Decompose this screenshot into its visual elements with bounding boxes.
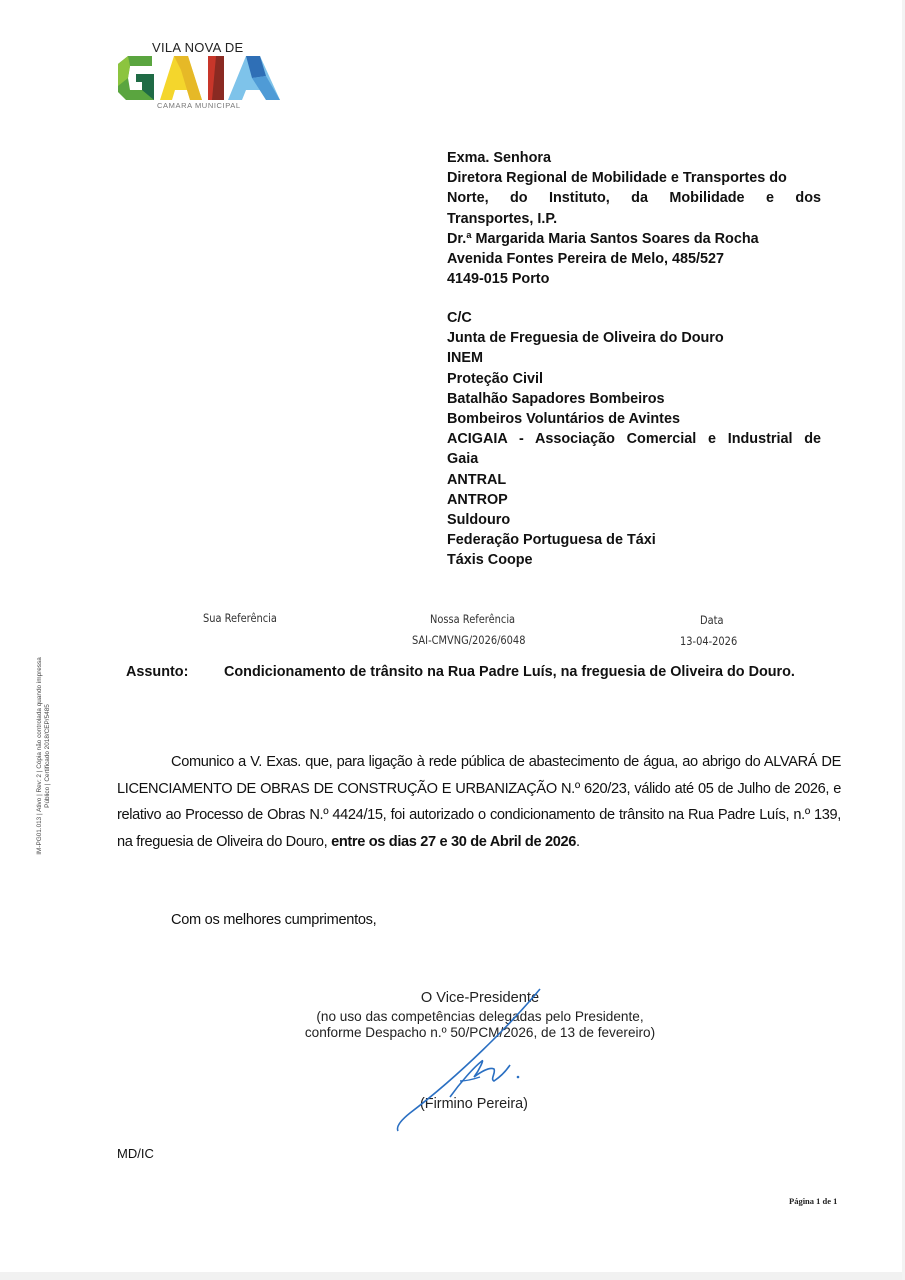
addressee-salutation: Exma. Senhora — [447, 148, 821, 168]
body-paragraph: Comunico a V. Exas. que, para ligação à … — [117, 749, 841, 855]
cc-recipient: Bombeiros Voluntários de Avintes — [447, 409, 821, 429]
addressee-line: Transportes, I.P. — [447, 209, 821, 229]
page-number: Página 1 de 1 — [789, 1196, 837, 1206]
cc-block: C/C Junta de Freguesia de Oliveira do Do… — [447, 308, 821, 571]
data-value: 13-04-2026 — [680, 635, 737, 648]
author-initials: MD/IC — [117, 1146, 154, 1161]
addressee-line: Diretora Regional de Mobilidade e Transp… — [447, 168, 821, 188]
body-text-dates: entre os dias 27 e 30 de Abril de 2026 — [331, 834, 576, 850]
addressee-name: Dr.ª Margarida Maria Santos Soares da Ro… — [447, 229, 821, 249]
scan-bottom-edge — [0, 1272, 905, 1280]
sua-referencia-label: Sua Referência — [203, 612, 277, 625]
cc-recipient: Federação Portuguesa de Táxi — [447, 530, 821, 550]
cc-recipient: Táxis Coope — [447, 550, 821, 570]
document-control-line-1: IM-PG01.013 | Ativo | Rev: 2 | Cópia não… — [36, 636, 44, 876]
cc-recipient: Gaia — [447, 449, 821, 469]
subject-label: Assunto: — [126, 664, 188, 680]
nossa-referencia-value: SAI-CMVNG/2026/6048 — [412, 634, 525, 647]
document-control-line-2: Público | Certificado 2018/CEP/5485 — [44, 636, 52, 876]
letter-page: VILA NOVA DE CAMARA MUNICIPAL Exma. Senh… — [0, 0, 905, 1280]
document-control-note: IM-PG01.013 | Ativo | Rev: 2 | Cópia não… — [36, 636, 53, 876]
cc-recipient: Suldouro — [447, 510, 821, 530]
vila-nova-de-gaia-logo: VILA NOVA DE CAMARA MUNICIPAL — [116, 40, 286, 115]
handwritten-signature-icon — [390, 985, 550, 1135]
gaia-logo-mark-icon — [116, 56, 282, 100]
cc-recipient: ANTRAL — [447, 470, 821, 490]
cc-label: C/C — [447, 308, 821, 328]
addressee-postal: 4149-015 Porto — [447, 269, 821, 289]
cc-recipient: Batalhão Sapadores Bombeiros — [447, 389, 821, 409]
cc-recipient: ANTROP — [447, 490, 821, 510]
body-text-end: . — [576, 834, 580, 850]
cc-recipient: ACIGAIA - Associação Comercial e Industr… — [447, 429, 821, 449]
data-label: Data — [700, 614, 724, 627]
addressee-block: Exma. Senhora Diretora Regional de Mobil… — [447, 148, 821, 289]
cc-recipient: Junta de Freguesia de Oliveira do Douro — [447, 328, 821, 348]
addressee-line: Norte, do Instituto, da Mobilidade e dos — [447, 188, 821, 208]
logo-bottom-text: CAMARA MUNICIPAL — [157, 101, 241, 110]
closing-line: Com os melhores cumprimentos, — [171, 912, 376, 928]
subject-text: Condicionamento de trânsito na Rua Padre… — [224, 664, 795, 680]
nossa-referencia-label: Nossa Referência — [430, 613, 515, 626]
cc-recipient: Proteção Civil — [447, 369, 821, 389]
cc-recipient: INEM — [447, 348, 821, 368]
logo-top-text: VILA NOVA DE — [152, 40, 244, 55]
addressee-street: Avenida Fontes Pereira de Melo, 485/527 — [447, 249, 821, 269]
